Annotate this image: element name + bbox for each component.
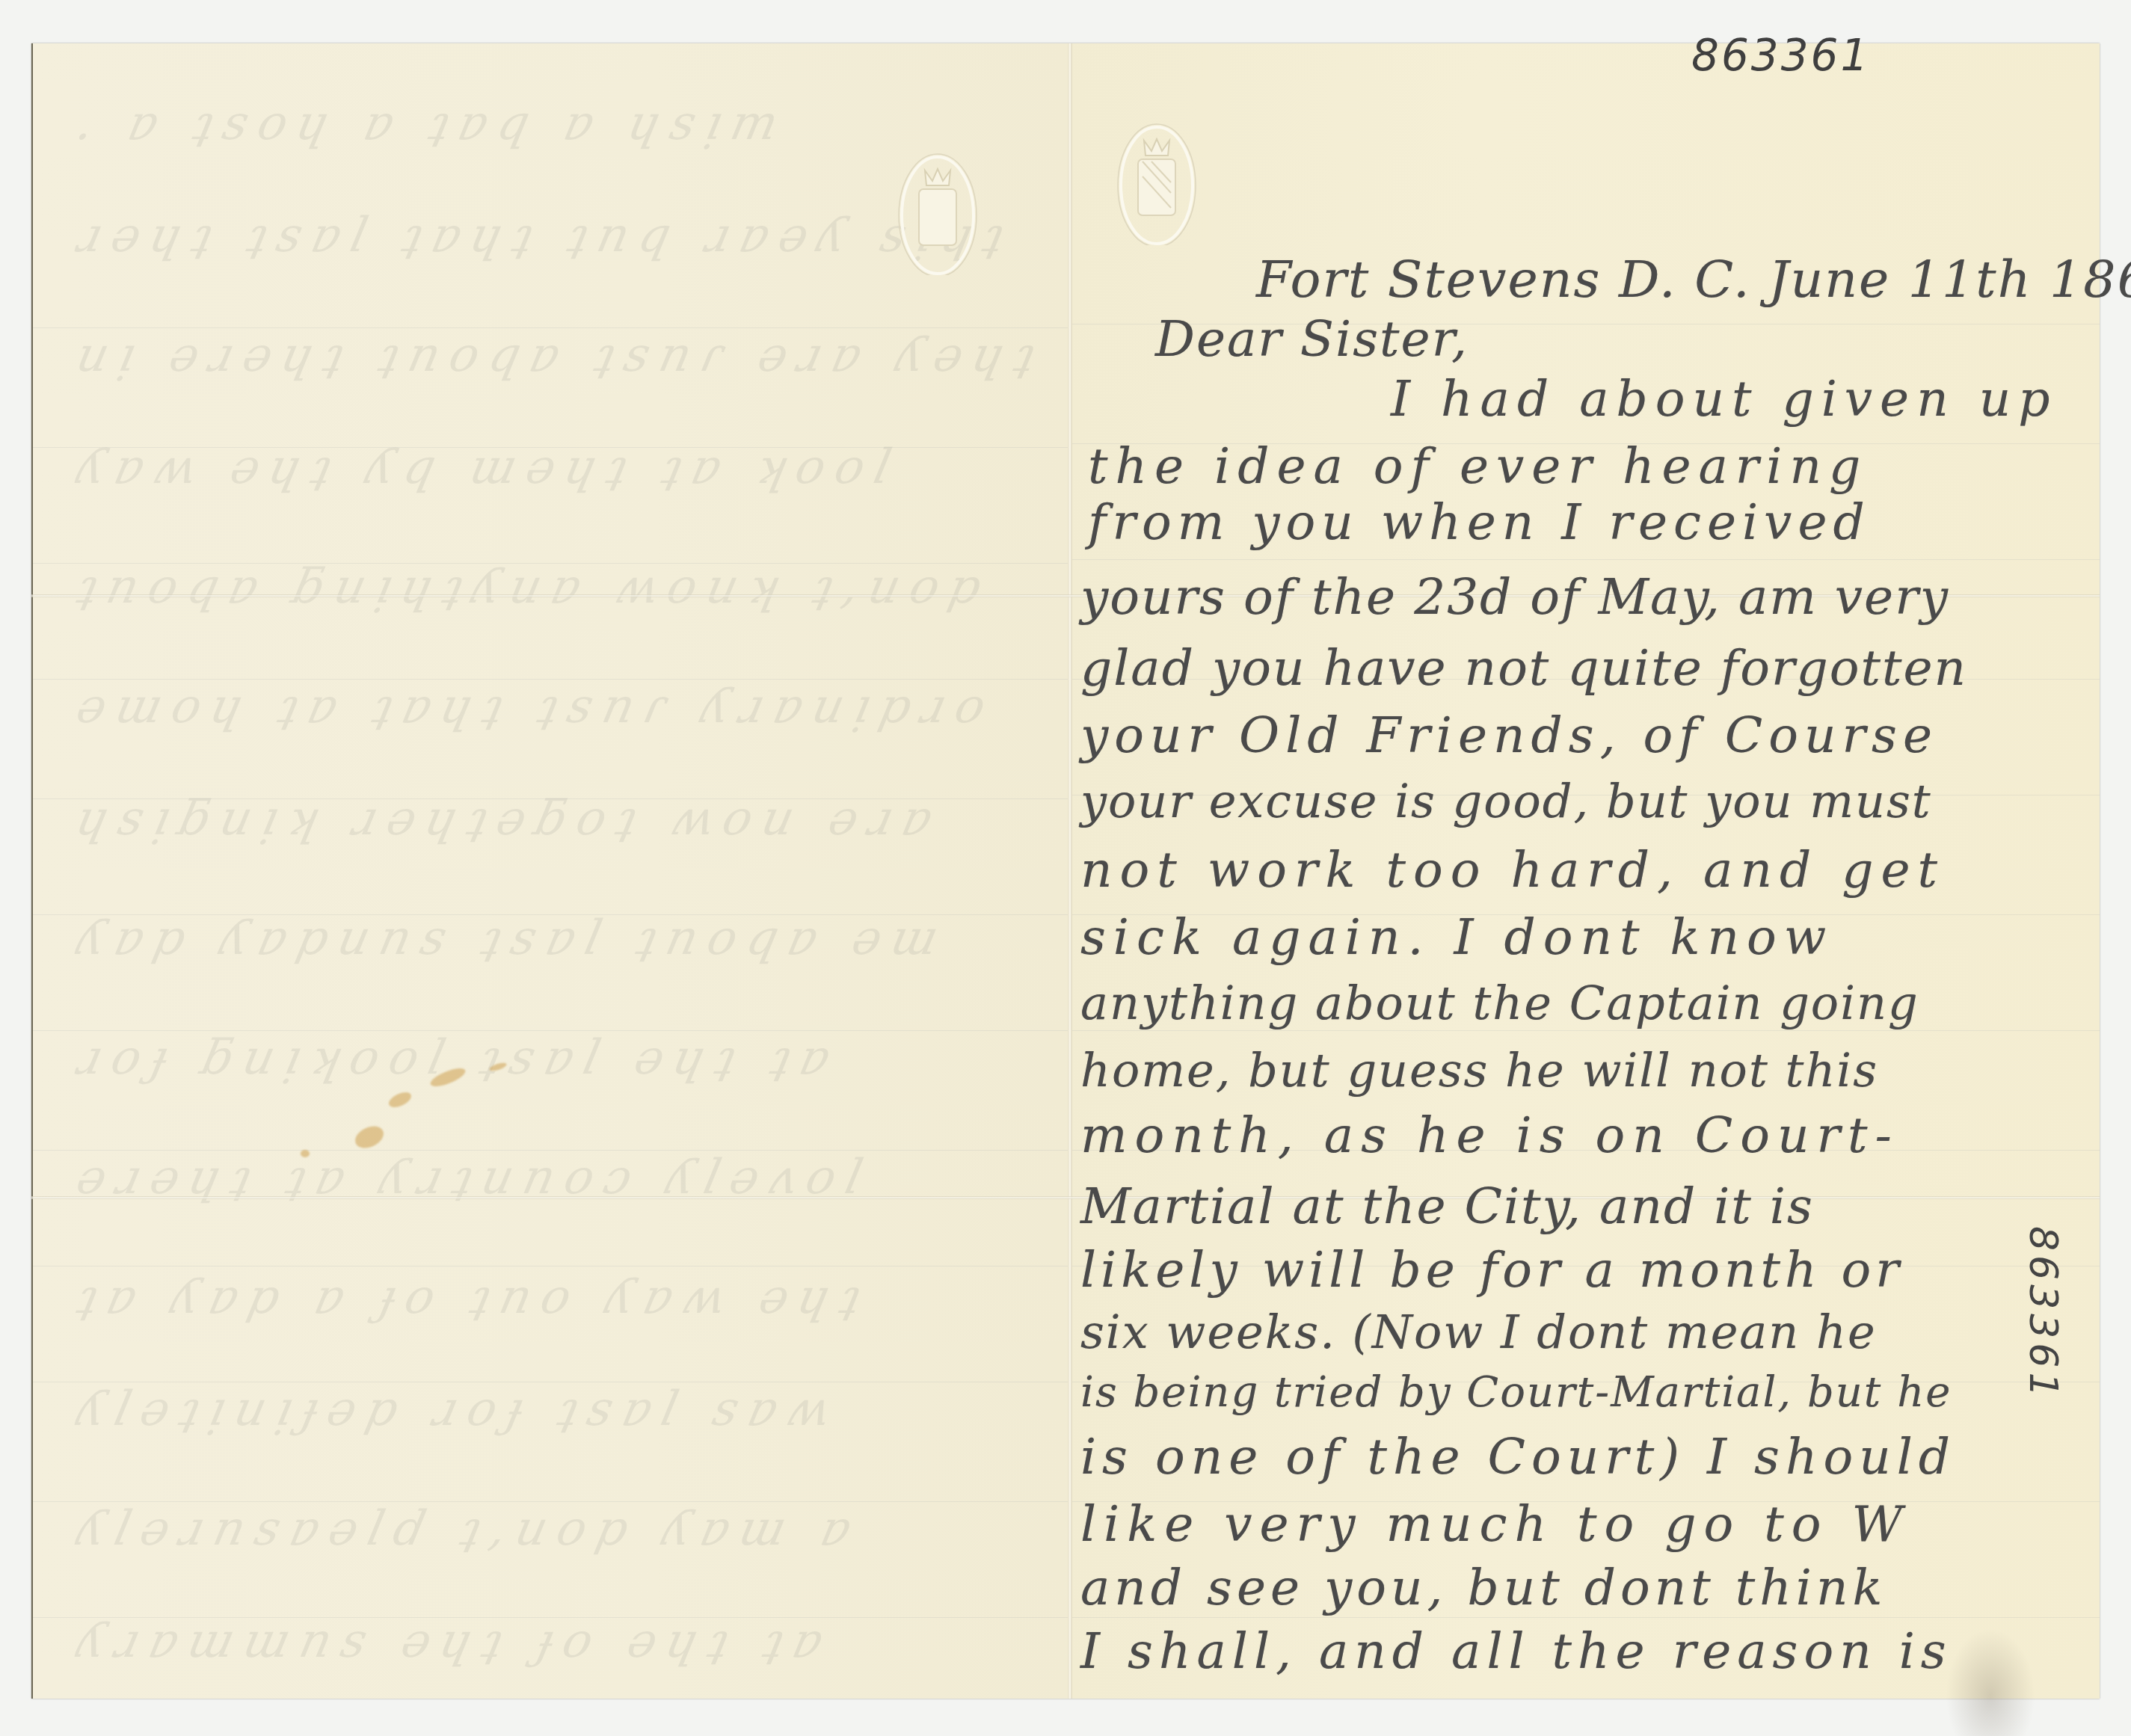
letter-line: glad you have not quite forgotten xyxy=(1080,639,1967,697)
letter-line: from you when I received xyxy=(1088,493,1871,551)
letter-line: is being tried by Court-Martial, but he xyxy=(1080,1368,1952,1417)
letter-line: not work too hard, and get xyxy=(1080,841,1945,899)
letter-line: and see you, but dont think xyxy=(1080,1559,1886,1616)
letter-line: is one of the Court) I should xyxy=(1080,1428,1956,1486)
embossed-crest-seal-right xyxy=(1116,118,1198,245)
center-fold xyxy=(1068,43,1072,1699)
letter-line: like very much to go to W xyxy=(1080,1495,1910,1553)
left-page: . ɐ ʇsoɥ ɐ ʇɐq ɐ ɥsᴉm ɹǝɥʇ ʇsɐl ʇɐɥʇ ʇnq… xyxy=(31,43,1071,1699)
letter-line: the idea of ever hearing xyxy=(1088,437,1868,495)
letter-line: I shall, and all the reason is xyxy=(1080,1622,1952,1680)
letter-line: Martial at the City, and it is xyxy=(1080,1178,1814,1235)
salutation: Dear Sister, xyxy=(1155,310,1469,368)
letter-line: yours of the 23d of May, am very xyxy=(1080,568,1949,626)
foxing-stain xyxy=(351,1122,387,1152)
letter-line: home, but guess he will not this xyxy=(1080,1043,1878,1098)
catalog-number-margin: 863361 xyxy=(2020,1226,2065,1402)
letter-line: month, as he is on Court- xyxy=(1080,1106,1899,1164)
letter-line: anything about the Captain going xyxy=(1080,976,1919,1030)
letter-line: I had about given up xyxy=(1391,370,2057,428)
embossed-crest-seal-left xyxy=(897,148,979,275)
catalog-number: 863361 xyxy=(1691,30,1870,81)
pencil-smudge xyxy=(1946,1628,2035,1736)
letter-line: your Old Friends, of Course xyxy=(1080,707,1938,764)
letter-line: your excuse is good, but you must xyxy=(1080,774,1932,828)
letter-line: sick again. I dont know xyxy=(1080,908,1833,966)
place-date-heading: Fort Stevens D. C. June 11th 1863 xyxy=(1256,250,2131,310)
letter-line: likely will be for a month or xyxy=(1080,1241,1904,1299)
letter-line: six weeks. (Now I dont mean he xyxy=(1080,1305,1877,1359)
